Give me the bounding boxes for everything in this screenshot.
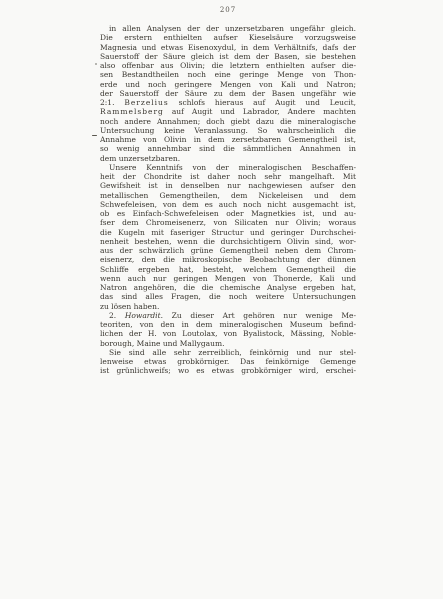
text-line: ob es Einfach-Schwefeleisen oder Magnetk…	[100, 209, 356, 218]
text-segment: eisenerz, den die mikroskopische Beobach…	[100, 255, 356, 264]
text-line: heit der Chondrite ist daher noch sehr m…	[100, 172, 356, 181]
text-line: borough, Maine und Mallygaum.	[100, 339, 356, 348]
text-line: in allen Analysen der der unzersetzbaren…	[100, 24, 356, 33]
text-segment: also offenbar aus Olivin; die letztern e…	[100, 61, 356, 70]
text-segment: das sind alles Fragen, die noch weitere …	[100, 292, 356, 301]
text-line: sen Bestandtheilen noch eine geringe Men…	[100, 70, 356, 79]
text-line: eisenerz, den die mikroskopische Beobach…	[100, 255, 356, 264]
text-segment: Schwefeleisen, von dem es auch noch nich…	[100, 200, 356, 209]
text-line: aus der schwärzlich grüne Gemengtheil ne…	[100, 246, 356, 255]
text-line: Natron angehören, die die chemische Anal…	[100, 283, 356, 292]
text-line: noch andere Annahmen; doch giebt dazu di…	[100, 117, 356, 126]
text-line: der Sauerstoff der Säure zu dem der Base…	[100, 89, 356, 98]
text-line: Sie sind alle sehr zerreiblich, feinkörn…	[100, 348, 356, 357]
text-segment: Unsere Kenntnifs von der mineralogischen…	[109, 163, 356, 172]
text-segment: schlofs hieraus auf Augit und Leucit,	[169, 98, 356, 107]
text-segment: noch andere Annahmen; doch giebt dazu di…	[100, 117, 356, 126]
text-segment: auf Augit und Labrador, Andere machten	[164, 107, 356, 116]
text-segment: Zu dieser Art gehören nur wenige Me-	[163, 311, 356, 320]
text-segment: aus der schwärzlich grüne Gemengtheil ne…	[100, 246, 356, 255]
text-line: das sind alles Fragen, die noch weitere …	[100, 292, 356, 301]
text-segment: ist grünlichweifs; wo es etwas grobkörni…	[100, 366, 356, 375]
text-segment: lichen der H. von Loutolax, von Byalisto…	[100, 329, 356, 338]
text-line: erde und noch geringere Mengen von Kali …	[100, 80, 356, 89]
text-line: Unsere Kenntnifs von der mineralogischen…	[100, 163, 356, 172]
text-segment: Schliffe ergeben hat, besteht, welchem G…	[100, 265, 356, 274]
scan-speck	[92, 135, 97, 136]
text-line: 2:1. Berzelius schlofs hieraus auf Augit…	[100, 98, 356, 107]
text-line: Gewifsheit ist in denselben nur nachgewi…	[100, 181, 356, 190]
scanned-book-page: 207 in allen Analysen der der unzersetzb…	[0, 0, 443, 599]
paragraph: in allen Analysen der der unzersetzbaren…	[100, 24, 356, 163]
text-segment: Natron angehören, die die chemische Anal…	[100, 283, 356, 292]
text-line: also offenbar aus Olivin; die letztern e…	[100, 61, 356, 70]
text-segment: Annahme von Olivin in dem zersetzbaren G…	[100, 135, 356, 144]
letterspaced-name: Rammelsberg	[100, 107, 164, 116]
text-segment: in allen Analysen der der unzersetzbaren…	[109, 24, 356, 33]
scan-speck	[95, 63, 97, 65]
text-segment: Untersuchung keine Veranlassung. So wahr…	[100, 126, 356, 135]
text-line: Rammelsberg auf Augit und Labrador, Ande…	[100, 107, 356, 116]
text-segment: ob es Einfach-Schwefeleisen oder Magnetk…	[100, 209, 356, 218]
text-segment: dem unzersetzbaren.	[100, 154, 180, 163]
text-line: dem unzersetzbaren.	[100, 154, 356, 163]
text-segment: borough, Maine und Mallygaum.	[100, 339, 224, 348]
text-segment: wenn auch nur geringen Mengen von Thoner…	[100, 274, 356, 283]
text-line: Untersuchung keine Veranlassung. So wahr…	[100, 126, 356, 135]
text-column: in allen Analysen der der unzersetzbaren…	[100, 24, 356, 376]
text-segment: sen Bestandtheilen noch eine geringe Men…	[100, 70, 356, 79]
text-line: ist grünlichweifs; wo es etwas grobkörni…	[100, 366, 356, 375]
text-segment: Sauerstoff der Säure gleich ist dem der …	[100, 52, 356, 61]
text-segment: heit der Chondrite ist daher noch sehr m…	[100, 172, 356, 181]
text-segment: nenheit bestehen, wenn die durchsichtige…	[100, 237, 356, 246]
text-segment: metallischen Gemengtheilen, dem Nickelei…	[100, 191, 356, 200]
text-segment: 2:1.	[100, 98, 124, 107]
text-line: Die erstern enthielten aufser Kieselsäur…	[100, 33, 356, 42]
text-line: zu lösen haben.	[100, 302, 356, 311]
paragraph: Unsere Kenntnifs von der mineralogischen…	[100, 163, 356, 311]
text-line: lenweise etwas grobkörniger. Das feinkör…	[100, 357, 356, 366]
page-number: 207	[100, 6, 356, 14]
text-segment: 2.	[109, 311, 125, 320]
text-line: so wenig annehmbar sind die sämmtlichen …	[100, 144, 356, 153]
text-line: Sauerstoff der Säure gleich ist dem der …	[100, 52, 356, 61]
text-segment: Gewifsheit ist in denselben nur nachgewi…	[100, 181, 356, 190]
text-line: metallischen Gemengtheilen, dem Nickelei…	[100, 191, 356, 200]
text-segment: so wenig annehmbar sind die sämmtlichen …	[100, 144, 356, 153]
text-line: teoriten, von den in dem mineralogischen…	[100, 320, 356, 329]
text-line: fser dem Chromeisenerz, von Silicaten nu…	[100, 218, 356, 227]
text-line: Schliffe ergeben hat, besteht, welchem G…	[100, 265, 356, 274]
text-segment: Die erstern enthielten aufser Kieselsäur…	[100, 33, 356, 42]
text-line: Annahme von Olivin in dem zersetzbaren G…	[100, 135, 356, 144]
text-segment: lenweise etwas grobkörniger. Das feinkör…	[100, 357, 356, 366]
text-line: die Kugeln mit faseriger Structur und ge…	[100, 228, 356, 237]
text-line: Magnesia und etwas Eisenoxydul, in dem V…	[100, 43, 356, 52]
text-segment: erde und noch geringere Mengen von Kali …	[100, 80, 356, 89]
text-line: Schwefeleisen, von dem es auch noch nich…	[100, 200, 356, 209]
text-segment: teoriten, von den in dem mineralogischen…	[100, 320, 356, 329]
letterspaced-name: Berzelius	[124, 98, 168, 107]
text-line: wenn auch nur geringen Mengen von Thoner…	[100, 274, 356, 283]
paragraph: Sie sind alle sehr zerreiblich, feinkörn…	[100, 348, 356, 376]
text-segment: die Kugeln mit faseriger Structur und ge…	[100, 228, 356, 237]
text-line: 2. Howardit. Zu dieser Art gehören nur w…	[100, 311, 356, 320]
text-segment: Magnesia und etwas Eisenoxydul, in dem V…	[100, 43, 356, 52]
text-segment: der Sauerstoff der Säure zu dem der Base…	[100, 89, 356, 98]
text-segment: Sie sind alle sehr zerreiblich, feinkörn…	[109, 348, 356, 357]
text-line: lichen der H. von Loutolax, von Byalisto…	[100, 329, 356, 338]
paragraph: 2. Howardit. Zu dieser Art gehören nur w…	[100, 311, 356, 348]
text-line: nenheit bestehen, wenn die durchsichtige…	[100, 237, 356, 246]
text-segment: fser dem Chromeisenerz, von Silicaten nu…	[100, 218, 356, 227]
italic-term: Howardit.	[125, 311, 163, 320]
text-segment: zu lösen haben.	[100, 302, 159, 311]
